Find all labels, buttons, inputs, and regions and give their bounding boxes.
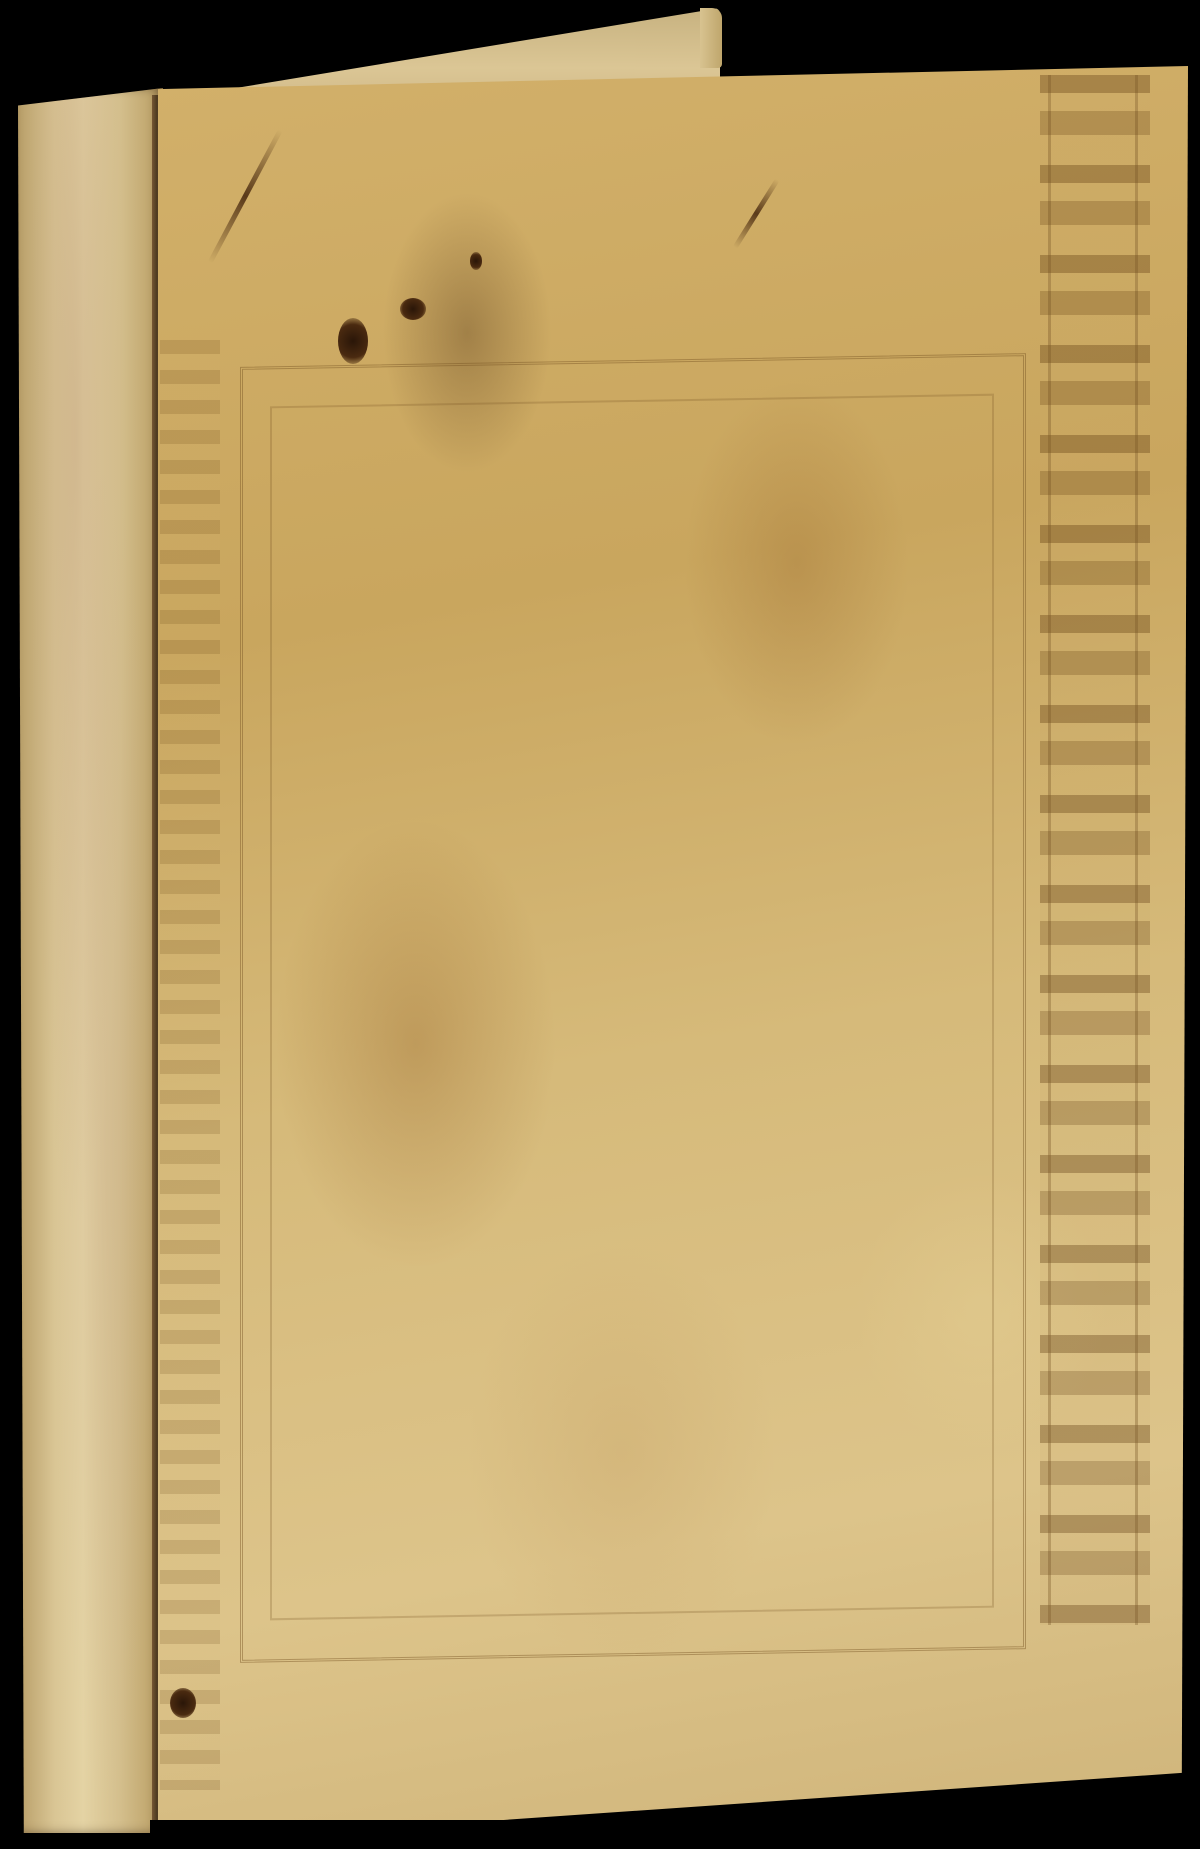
ink-stain <box>470 252 482 270</box>
back-board-corner <box>700 8 722 68</box>
ink-stain <box>338 318 368 364</box>
book-spine <box>18 88 163 1833</box>
photo-scene <box>0 0 1200 1849</box>
ink-stain <box>170 1688 196 1718</box>
right-roll-border <box>1040 75 1150 1625</box>
left-roll-border <box>160 340 220 1790</box>
inner-fillet-frame <box>270 394 994 1621</box>
ink-stain <box>400 298 426 320</box>
bottom-shadow <box>150 1820 1190 1849</box>
